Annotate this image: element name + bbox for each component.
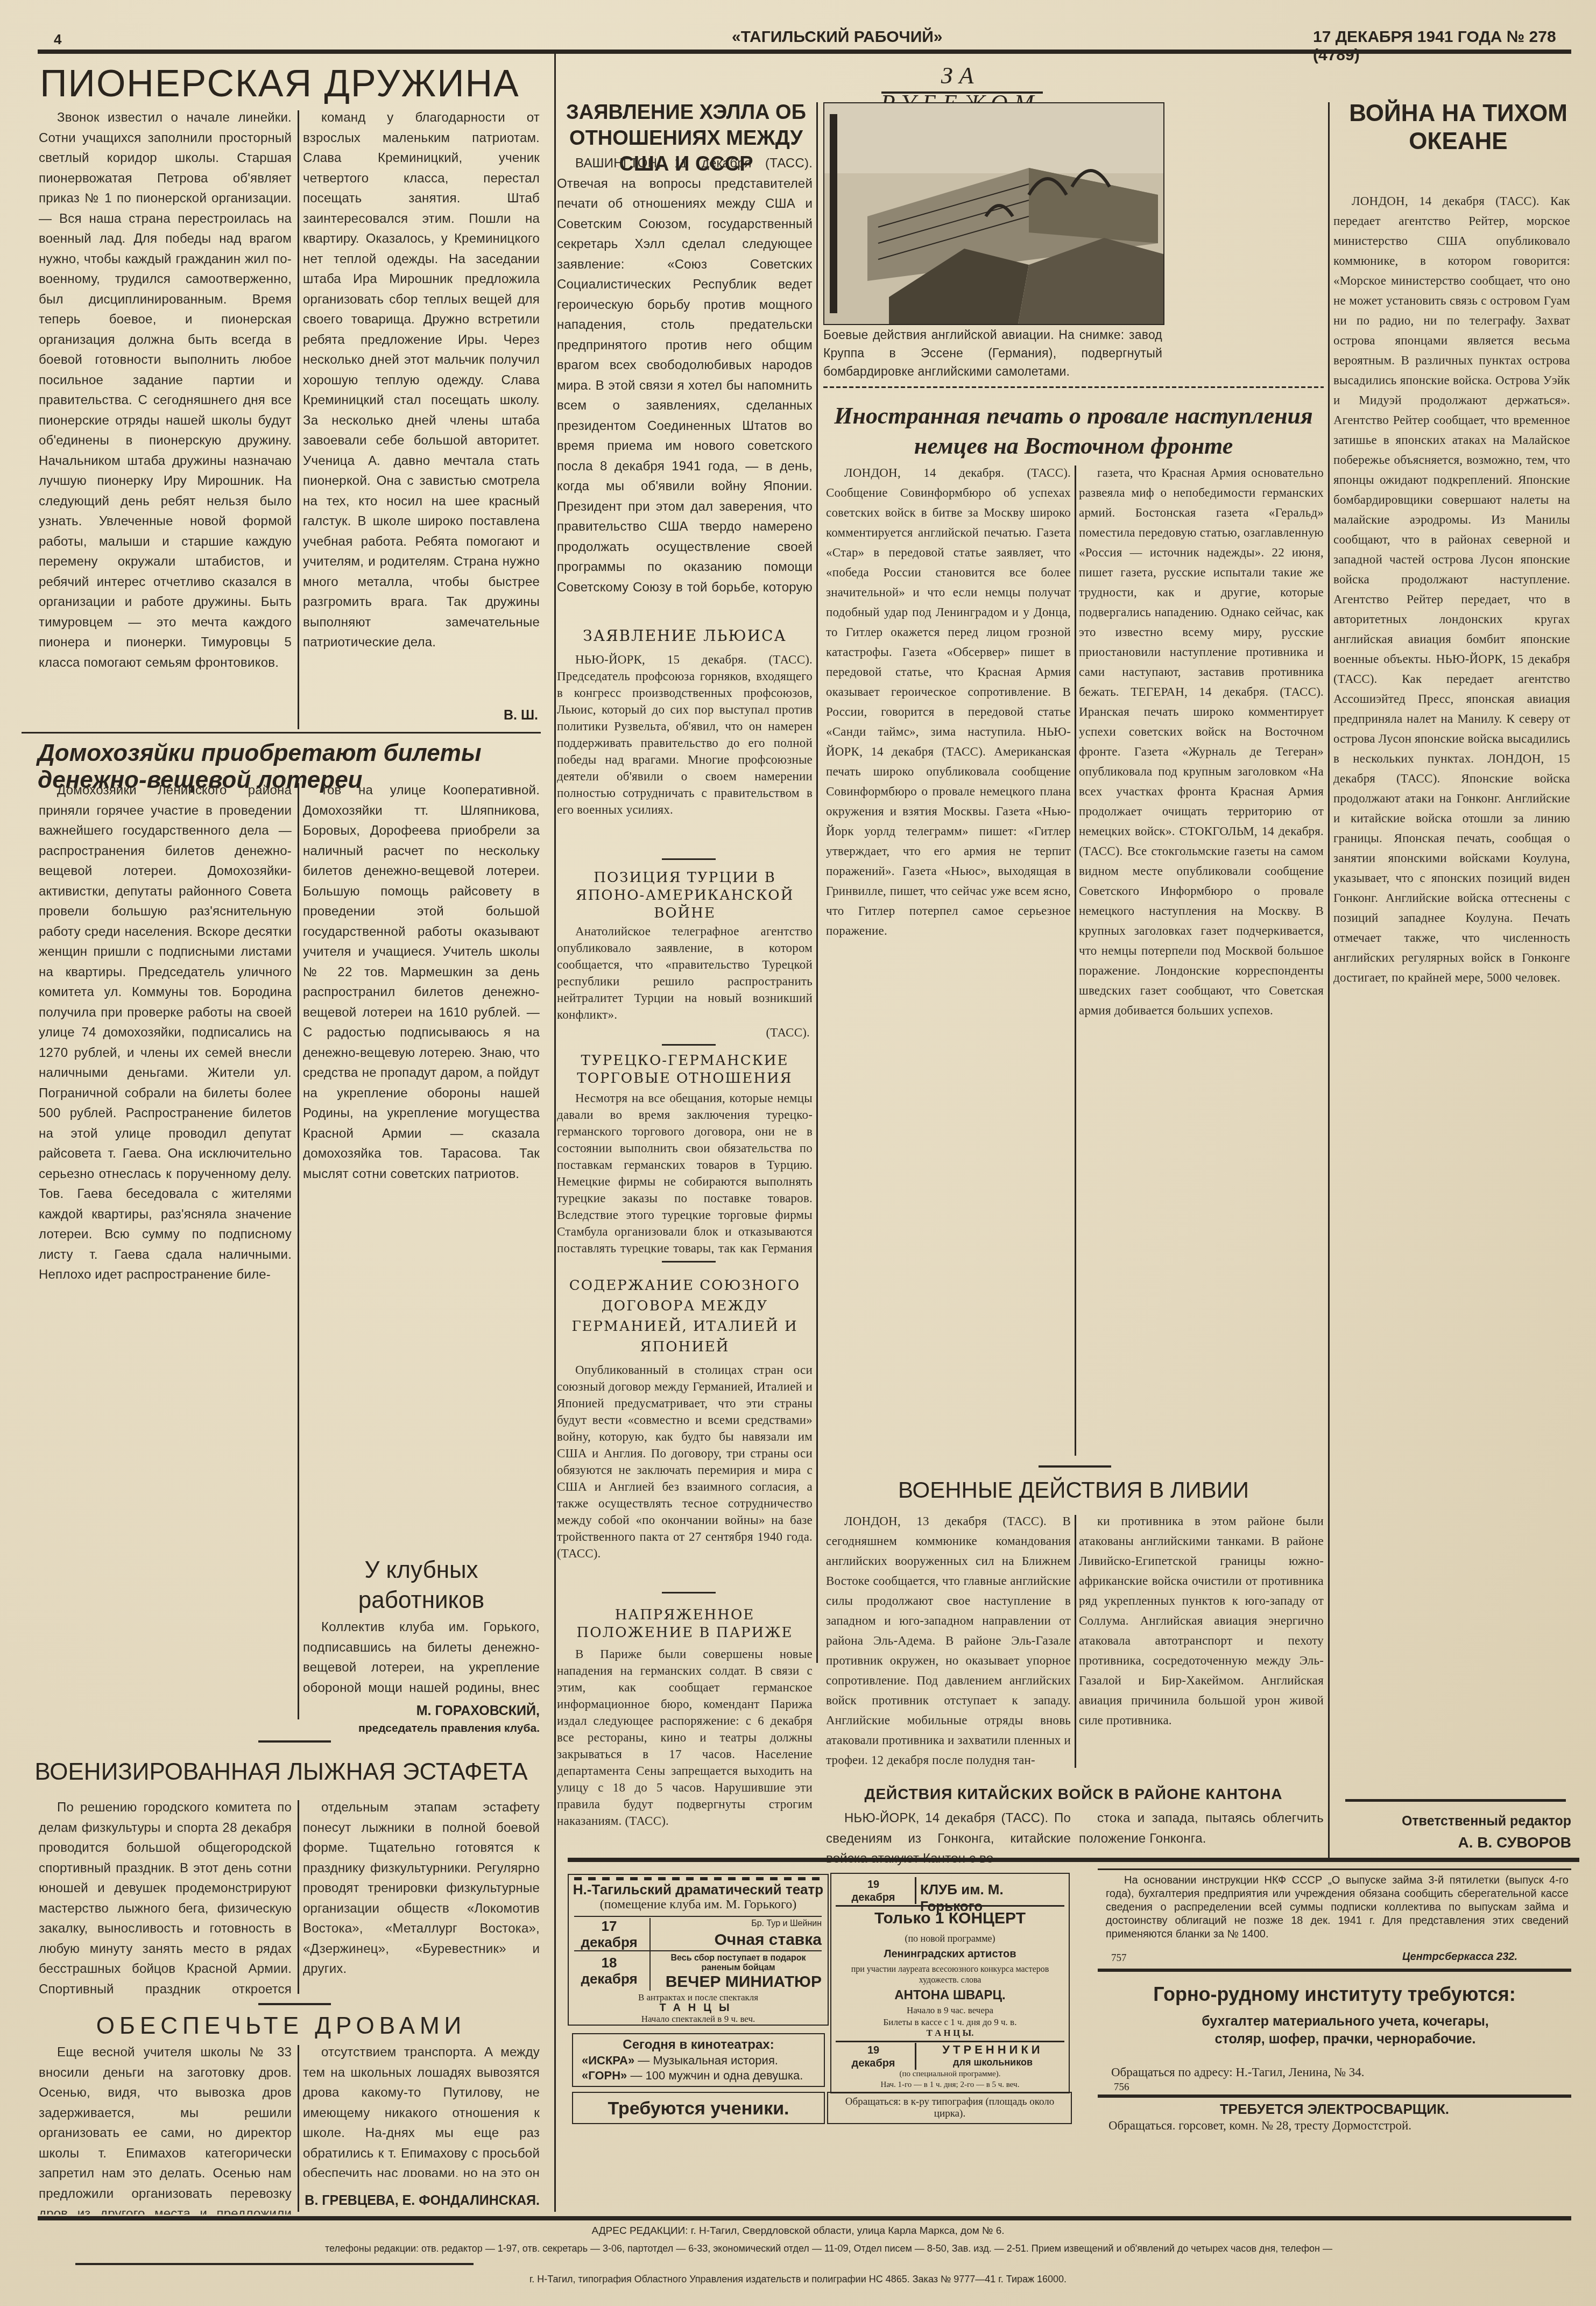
institute-address: Обращаться по адресу: Н.-Тагил, Ленина, …: [1111, 2065, 1365, 2079]
institute-positions: бухгалтер материального учета, кочегары,…: [1178, 2013, 1512, 2048]
divider: [574, 1950, 822, 1951]
show1-date: 17декабря: [571, 1918, 647, 1950]
concert-program: (по новой программе): [831, 1933, 1069, 1944]
separator: [1039, 1465, 1111, 1468]
footer-rule: [38, 2216, 1571, 2220]
firewood-column-2: отсутствием транспорта. А между тем на ш…: [303, 2042, 540, 2177]
lewis-body: НЬЮ-ЙОРК, 15 декабря. (ТАСС). Председате…: [557, 651, 813, 850]
divider: [75, 2263, 474, 2265]
firewood-title: ОБЕСПЕЧЬТЕ ДРОВАМИ: [22, 2013, 541, 2040]
separator: [662, 1592, 716, 1593]
club-signature-name: М. ГОРАХОВСКИЙ,: [303, 1703, 540, 1719]
divider: [1098, 2095, 1571, 2098]
turkey-body: Анатолийское телеграфное агентство опубл…: [557, 923, 813, 1025]
canton-column-2: стока и запада, пытаясь облегчить положе…: [1079, 1808, 1324, 1851]
column-divider: [298, 783, 299, 1719]
concert-star: АНТОНА ШВАРЦ.: [831, 1988, 1069, 2003]
cinema-line-2: «ГОРН» — 100 мужчин и одна девушка.: [582, 2069, 818, 2083]
theatre-venue: (помещение клуба им. М. Горького): [569, 1898, 828, 1912]
separator: [258, 1740, 331, 1743]
page-number: 4: [54, 31, 61, 48]
matinee-month: декабря: [852, 2057, 895, 2069]
press-column-1: ЛОНДОН, 14 декабря. (ТАСС). Сообщение Со…: [826, 463, 1071, 1458]
turkey-source: (ТАСС).: [557, 1022, 810, 1043]
press-column-2: газета, что Красная Армия основательно р…: [1079, 463, 1324, 1458]
cinema-name-gorn: «ГОРН»: [582, 2069, 627, 2082]
pioneer-column-2: команд у благодарности от взрослых мален…: [303, 108, 540, 705]
divider: [836, 2041, 1064, 2042]
concert-artists: Ленинградских артистов: [831, 1948, 1069, 1961]
newspaper-name: «ТАГИЛЬСКИЙ РАБОЧИЙ»: [732, 28, 942, 46]
main-divider: [554, 54, 556, 2212]
separator: [662, 858, 716, 860]
divider: [574, 1916, 822, 1917]
show1-month: декабря: [581, 1934, 637, 1950]
trade-title: ТУРЕЦКО-ГЕРМАНСКИЕ ТОРГОВЫЕ ОТНОШЕНИЯ: [557, 1052, 813, 1088]
theatre-start: Начало спектаклей в 9 ч. веч.: [569, 2014, 828, 2025]
show2-date: 18декабря: [571, 1955, 647, 1987]
firewood-column-1: Еще весной учителя школы № 33 вносили де…: [39, 2042, 292, 2215]
footer-printer: г. Н-Тагил, типография Областного Управл…: [0, 2274, 1596, 2285]
concert-start: Начало в 9 час. вечера: [831, 2005, 1069, 2016]
column-divider: [1075, 466, 1076, 1456]
factory-illustration-icon: [824, 103, 1163, 324]
ornament-border: [574, 1877, 822, 1880]
press-title: Иностранная печать о провале наступления…: [826, 401, 1321, 461]
lottery-column-1: Домохозяйки Ленинского района приняли го…: [39, 780, 292, 1727]
club-title: У клубных работников: [303, 1555, 540, 1616]
club-body: Коллектив клуба им. Горького, подписавши…: [303, 1617, 540, 1698]
separator: [258, 2003, 331, 2005]
show2-month: декабря: [581, 1971, 637, 1987]
cinema-title: Сегодня в кинотеатрах:: [573, 2037, 824, 2053]
pioneer-column-1: Звонок известил о начале линейки. Сотни …: [39, 108, 292, 732]
section-rule: [1345, 1799, 1566, 1802]
footer-phones: телефоны редакции: отв. редактор — 1-97,…: [81, 2243, 1577, 2254]
matinee-date: 19декабря: [836, 2044, 911, 2070]
photo-caption: Боевые действия английской авиации. На с…: [823, 326, 1162, 385]
column-divider: [298, 110, 299, 729]
divider: [915, 2043, 916, 2070]
concert-dance: Т А Н Ц Ы.: [831, 2028, 1069, 2039]
trade-body: Несмотря на все обещания, которые немцы …: [557, 1090, 813, 1254]
concert-ad: 19декабря КЛУБ им. М. Горького Только 1 …: [830, 1873, 1070, 2093]
turkey-title: ПОЗИЦИЯ ТУРЦИИ В ЯПОНО-АМЕРИКАНСКОЙ ВОЙН…: [557, 869, 813, 922]
welder-address: Обращаться. горсовет, комн. № 28, тресту…: [1108, 2119, 1571, 2133]
concert-date: 19декабря: [836, 1878, 911, 1904]
editor-name: А. В. СУВОРОВ: [1334, 1834, 1571, 1851]
institute-title: Горно-рудному институту требуются:: [1098, 1983, 1571, 2006]
cinema-name-iskra: «ИСКРА»: [582, 2054, 634, 2067]
show1-title: Очная ставка: [655, 1931, 822, 1949]
ski-column-2: отдельным этапам эстафету понесут лыжник…: [303, 1797, 540, 1997]
editor-label: Ответственный редактор: [1334, 1814, 1571, 1829]
hull-body: ВАШИНГТОН, 11 декабря (ТАСС). Отвечая на…: [557, 153, 813, 600]
concert-tickets: Билеты в кассе с 1 ч. дня до 9 ч. в.: [831, 2017, 1069, 2028]
show2-note: Весь сбор поступает в подарок раненым бо…: [655, 1954, 822, 1973]
divider: [1098, 1868, 1571, 1870]
krupp-factory-photo: [823, 102, 1164, 325]
concert-month: декабря: [852, 1892, 895, 1903]
issue-date: 17 ДЕКАБРЯ 1941 ГОДА № 278 (4789): [1313, 28, 1596, 65]
pioneer-signature: В. Ш.: [377, 708, 538, 723]
footer-address: АДРЕС РЕДАКЦИИ: г. Н-Тагил, Свердловской…: [0, 2225, 1596, 2237]
show1-day: 17: [602, 1918, 617, 1934]
institute-ad-number: 756: [1114, 2082, 1129, 2093]
students-ad: Требуются ученики.: [572, 2092, 825, 2124]
savings-ad-number: 757: [1111, 1952, 1127, 1964]
divider: [1098, 1969, 1571, 1972]
cinema-ad: Сегодня в кинотеатрах: «ИСКРА» — Музыкал…: [572, 2033, 825, 2087]
print-contact-ad: Обращаться: в к-ру типография (площадь о…: [827, 2092, 1072, 2124]
column-divider: [1328, 102, 1330, 1862]
dance-note: В антрактах и после спектакля: [569, 1992, 828, 2003]
welder-title: ТРЕБУЕТСЯ ЭЛЕКТРОСВАРЩИК.: [1098, 2101, 1571, 2118]
wavy-rule: [823, 386, 1324, 388]
divider: [836, 1905, 1064, 1907]
libya-column-2: ки противника в этом районе были атакова…: [1079, 1511, 1324, 1769]
ads-top-rule: [568, 1858, 1579, 1862]
libya-title: ВОЕННЫЕ ДЕЙСТВИЯ В ЛИВИИ: [826, 1477, 1321, 1503]
lewis-title: ЗАЯВЛЕНИЕ ЛЬЮИСА: [557, 627, 813, 645]
print-contact-text: Обращаться: в к-ру типография (площадь о…: [831, 2096, 1068, 2120]
column-divider: [298, 1800, 299, 1994]
students-title: Требуются ученики.: [573, 2098, 824, 2119]
concert-participation: при участии лауреата всесоюзного конкурс…: [837, 1964, 1063, 1986]
club-signature-title: председатель правления клуба.: [303, 1722, 540, 1735]
matinee-day: 19: [867, 2044, 879, 2056]
cinema-line-1: «ИСКРА» — Музыкальная история.: [582, 2054, 818, 2068]
divider: [915, 1877, 916, 1904]
pacific-body: ЛОНДОН, 14 декабря (ТАСС). Как передает …: [1333, 191, 1570, 1687]
ski-title: ВОЕНИЗИРОВАННАЯ ЛЫЖНАЯ ЭСТАФЕТА: [22, 1759, 541, 1786]
matinee-times: Нач. 1-го — в 1 ч. дня; 2-го — в 5 ч. ве…: [831, 2081, 1069, 2090]
firewood-signature: В. ГРЕВЦЕВА, Е. ФОНДАЛИНСКАЯ.: [303, 2193, 540, 2209]
section-rule: [22, 732, 541, 734]
cinema-film-2: — 100 мужчин и одна девушка.: [630, 2069, 803, 2082]
show1-authors: Бр. Тур и Шейнин: [655, 1919, 822, 1929]
pioneer-title: ПИОНЕРСКАЯ ДРУЖИНА: [22, 62, 538, 105]
savings-text: На основании инструкции НКФ СССР „О выпу…: [1106, 1874, 1569, 1941]
matinee-program: (по специальной программе).: [831, 2070, 1069, 2079]
pacific-title: ВОЙНА НА ТИХОМ ОКЕАНЕ: [1334, 100, 1582, 156]
canton-title: ДЕЙСТВИЯ КИТАЙСКИХ ВОЙСК В РАЙОНЕ КАНТОН…: [826, 1786, 1321, 1803]
column-divider: [816, 102, 818, 1663]
matinee-for: для школьников: [917, 2057, 1068, 2068]
savings-signature: Центрсберкасса 232.: [1291, 1951, 1517, 1963]
pact-title: СОДЕРЖАНИЕ СОЮЗНОГО ДОГОВОРА МЕЖДУ ГЕРМА…: [557, 1275, 813, 1357]
masthead-rule: [38, 50, 1571, 54]
ski-column-1: По решению городского комитета по делам …: [39, 1797, 292, 1997]
rubric-underline: [881, 91, 1043, 94]
theatre-ad: Н.-Тагильский драматический театр (помещ…: [568, 1874, 829, 2026]
separator: [662, 1261, 716, 1263]
theatre-name: Н.-Тагильский драматический театр: [569, 1881, 828, 1898]
column-divider: [298, 2045, 299, 2212]
dance-label: ТАНЦЫ: [569, 2002, 828, 2014]
show2-day: 18: [602, 1955, 617, 1971]
paris-title: НАПРЯЖЕННОЕ ПОЛОЖЕНИЕ В ПАРИЖЕ: [557, 1606, 813, 1642]
divider: [649, 1918, 651, 1991]
concert-headline: Только 1 КОНЦЕРТ: [831, 1909, 1069, 1928]
cinema-film-1: — Музыкальная история.: [638, 2054, 778, 2067]
matinee-title: УТРЕННИКИ: [917, 2043, 1068, 2057]
lottery-column-2: тов на улице Кооперативной. Домохозяйки …: [303, 780, 540, 1249]
show2-title: ВЕЧЕР МИНИАТЮР: [655, 1973, 822, 1991]
paris-body: В Париже были совершены новые нападения …: [557, 1646, 813, 1850]
separator: [662, 1044, 716, 1046]
pact-body: Опубликованный в столицах стран оси союз…: [557, 1362, 813, 1579]
concert-day: 19: [867, 1879, 879, 1891]
libya-column-1: ЛОНДОН, 13 декабря (ТАСС). В сегодняшнем…: [826, 1511, 1071, 1769]
column-divider: [1075, 1515, 1076, 1768]
